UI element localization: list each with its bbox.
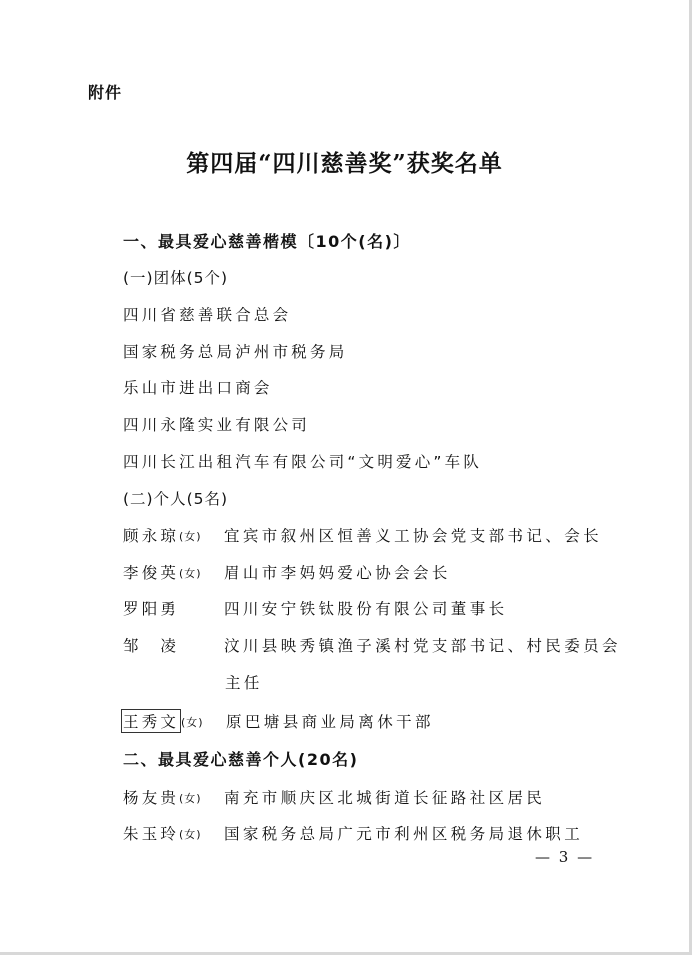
section-heading-2: 二、最具爱心慈善个人(20名) (123, 747, 358, 770)
list-item: 四川长江出租汽车有限公司“文明爱心”车队 (123, 450, 482, 472)
person-row: 李俊英(女)眉山市李妈妈爱心协会会长 (123, 561, 451, 583)
person-description: 南充市顺庆区北城街道长征路社区居民 (224, 789, 545, 807)
person-name: 邹 凌 (123, 634, 179, 656)
person-gender: (女) (179, 565, 224, 581)
attachment-label: 附件 (88, 80, 122, 103)
page-number: — 3 — (535, 848, 594, 866)
list-item: 乐山市进出口商会 (123, 376, 273, 398)
person-row: 邹 凌汶川县映秀镇渔子溪村党支部书记、村民委员会 (123, 634, 621, 656)
person-name-highlighted[interactable]: 王秀文 (121, 709, 181, 733)
list-item: 四川省慈善联合总会 (123, 303, 291, 325)
person-name: 罗阳勇 (123, 597, 179, 619)
person-description: 四川安宁铁钛股份有限公司董事长 (224, 600, 508, 618)
person-description: 汶川县映秀镇渔子溪村党支部书记、村民委员会 (224, 637, 621, 655)
person-gender: (女) (179, 528, 224, 544)
subsection-heading-groups: (一)团体(5个) (123, 266, 228, 288)
person-gender: (女) (181, 714, 226, 730)
person-row: 王秀文(女)原巴塘县商业局离休干部 (123, 709, 434, 733)
person-description-continued: 主任 (225, 671, 263, 693)
document-title: 第四届“四川慈善奖”获奖名单 (0, 145, 689, 178)
person-description: 国家税务总局广元市利州区税务局退休职工 (224, 825, 583, 843)
person-name: 朱玉玲 (123, 822, 179, 844)
person-row: 罗阳勇四川安宁铁钛股份有限公司董事长 (123, 597, 508, 619)
person-row: 朱玉玲(女)国家税务总局广元市利州区税务局退休职工 (123, 822, 583, 844)
person-gender: (女) (179, 790, 224, 806)
person-gender: (女) (179, 826, 224, 842)
person-name: 顾永琼 (123, 524, 179, 546)
person-row: 杨友贵(女)南充市顺庆区北城街道长征路社区居民 (123, 786, 545, 808)
list-item: 国家税务总局泸州市税务局 (123, 340, 347, 362)
person-name: 李俊英 (123, 561, 179, 583)
person-description: 眉山市李妈妈爱心协会会长 (224, 564, 451, 582)
list-item: 四川永隆实业有限公司 (123, 413, 310, 435)
document-page: 附件 第四届“四川慈善奖”获奖名单 一、最具爱心慈善楷模〔10个(名)〕 (一)… (0, 0, 689, 952)
person-name: 杨友贵 (123, 786, 179, 808)
person-description: 宜宾市叙州区恒善义工协会党支部书记、会长 (224, 527, 602, 545)
person-row: 顾永琼(女)宜宾市叙州区恒善义工协会党支部书记、会长 (123, 524, 602, 546)
section-heading-1: 一、最具爱心慈善楷模〔10个(名)〕 (123, 229, 411, 252)
subsection-heading-individuals: (二)个人(5名) (123, 487, 228, 509)
person-description: 原巴塘县商业局离休干部 (226, 713, 434, 731)
